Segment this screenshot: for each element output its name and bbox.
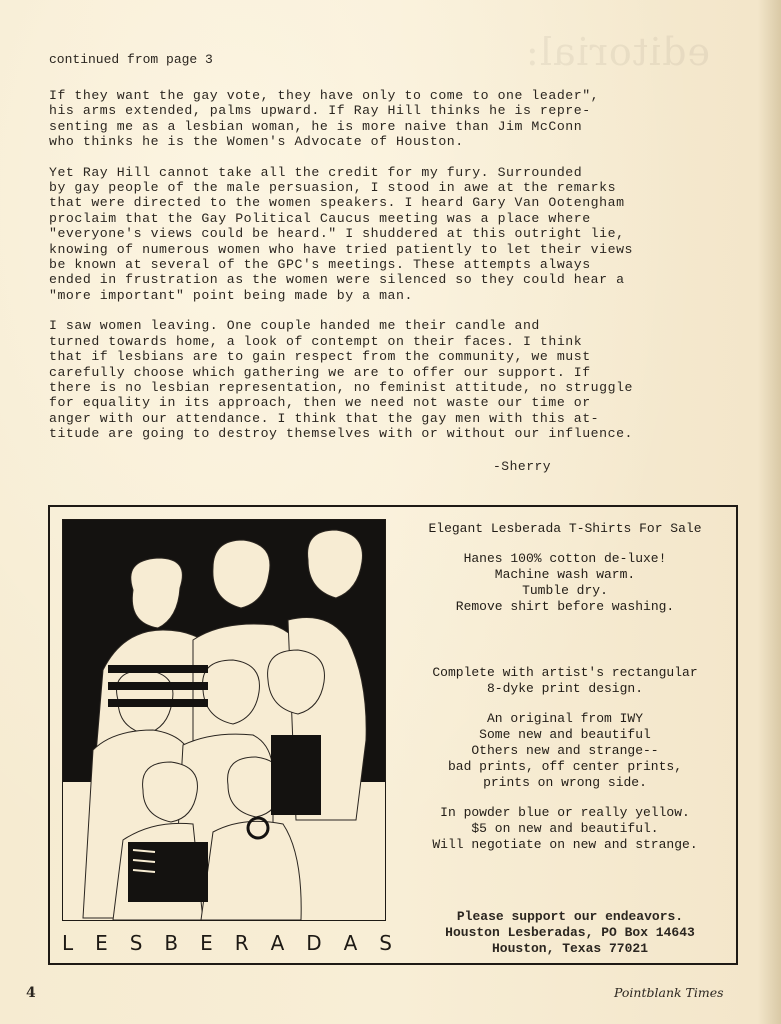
continued-note: continued from page 3 — [49, 52, 213, 67]
ad-line: bad prints, off center prints, — [395, 759, 735, 775]
logo-letter: A — [271, 931, 285, 955]
logo-letter: L — [62, 931, 73, 955]
ad-line: Will negotiate on new and strange. — [395, 837, 735, 853]
logo-letter: S — [379, 931, 392, 955]
tshirt-advertisement: L E S B E R A D A S Elegant Lesberada T-… — [48, 505, 738, 965]
ad-line: Please support our endeavors. — [405, 909, 735, 925]
article-paragraph: Yet Ray Hill cannot take all the credit … — [49, 165, 729, 304]
bleed-through-heading: editorial: — [525, 30, 710, 74]
group-illustration — [62, 519, 386, 921]
newsletter-page: editorial: continued from page 3 If they… — [0, 0, 781, 1024]
ad-line: Complete with artist's rectangular — [395, 665, 735, 681]
logo-letter: A — [344, 931, 358, 955]
logo-letter: S — [130, 931, 143, 955]
page-number: 4 — [26, 985, 36, 1001]
ad-line: Remove shirt before washing. — [395, 599, 735, 615]
logo-letter: E — [95, 931, 108, 955]
article-body: If they want the gay vote, they have onl… — [49, 88, 729, 457]
design-description: Complete with artist's rectangular 8-dyk… — [395, 665, 735, 697]
care-instructions: Hanes 100% cotton de-luxe! Machine wash … — [395, 551, 735, 615]
ad-line: In powder blue or really yellow. — [395, 805, 735, 821]
ad-line: $5 on new and beautiful. — [395, 821, 735, 837]
logo-letter: B — [164, 931, 178, 955]
ad-title: Elegant Lesberada T-Shirts For Sale — [395, 521, 735, 537]
ad-line: An original from IWY — [395, 711, 735, 727]
ad-line: Some new and beautiful — [395, 727, 735, 743]
ad-copy: Elegant Lesberada T-Shirts For Sale Hane… — [395, 519, 735, 853]
ad-line: Hanes 100% cotton de-luxe! — [395, 551, 735, 567]
logo-letter: D — [306, 931, 321, 955]
ad-line: Houston, Texas 77021 — [405, 941, 735, 957]
original-description: An original from IWY Some new and beauti… — [395, 711, 735, 791]
ad-line: Machine wash warm. — [395, 567, 735, 583]
ad-line: Tumble dry. — [395, 583, 735, 599]
pricing: In powder blue or really yellow. $5 on n… — [395, 805, 735, 853]
article-paragraph: If they want the gay vote, they have onl… — [49, 88, 729, 150]
contact-address: Please support our endeavors. Houston Le… — [405, 909, 735, 957]
article-paragraph: I saw women leaving. One couple handed m… — [49, 318, 729, 441]
logo-letter: R — [235, 931, 249, 955]
ad-line: 8-dyke print design. — [395, 681, 735, 697]
lesberadas-logo: L E S B E R A D A S — [62, 931, 392, 955]
ad-line: prints on wrong side. — [395, 775, 735, 791]
logo-letter: E — [200, 931, 213, 955]
author-signature: -Sherry — [493, 459, 551, 474]
ad-line: Others new and strange-- — [395, 743, 735, 759]
ad-line: Houston Lesberadas, PO Box 14643 — [405, 925, 735, 941]
publication-name: Pointblank Times — [614, 985, 724, 1000]
